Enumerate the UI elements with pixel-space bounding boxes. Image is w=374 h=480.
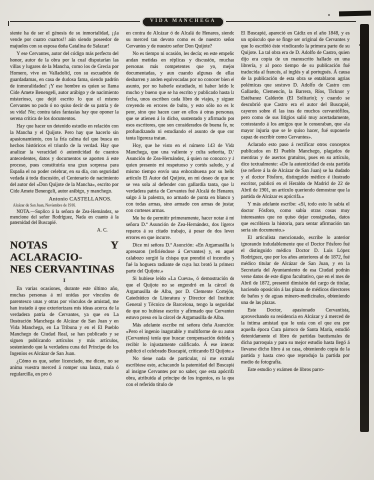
paragraph: Este Doctor, apasionado Cervantista, apr… (241, 307, 350, 366)
scanned-magazine-page: VIDA MANCHEGA siente ha de ser el génesi… (0, 0, 374, 480)
paragraph: El Buscapié, apareció en Cádiz en el año… (241, 30, 350, 141)
masthead-rule-right (226, 21, 356, 22)
left-column: siente ha de ser el génesis de su inmort… (10, 30, 119, 476)
article-columns: siente ha de ser el génesis de su inmort… (10, 30, 350, 476)
author-initials: A. C. (10, 227, 119, 234)
article-heading-line2: NES CERVANTINAS (10, 263, 119, 275)
dateline: Alcázar de San Juan, Noviembre de 1916. (10, 203, 119, 208)
middle-column: en contra de Alcázar ó de Alcalá de Hena… (126, 30, 235, 476)
scan-right-edge-bar (360, 24, 369, 432)
paragraph: Hoy, que he visto en el número 143 de Vi… (126, 143, 235, 215)
masthead-title: VIDA MANCHEGA (142, 17, 224, 27)
article-heading: NOTAS Y ACLARACIO- NES CERVANTINAS (10, 239, 119, 275)
masthead: VIDA MANCHEGA (8, 17, 356, 27)
section-number-i: I (10, 278, 119, 285)
paragraph: Dice mi señora D.ª Asunción: «En Argamas… (126, 242, 235, 275)
paragraph: Y ese Cervantes, autor del código más pe… (10, 51, 119, 123)
right-column: El Buscapié, apareció en Cádiz en el año… (241, 30, 350, 476)
paragraph: Si hubiese leído «La Cueva», ó demostrac… (126, 276, 235, 322)
paragraph: Hay que hacer un detenido estudio en rel… (10, 123, 119, 195)
paragraph: ¿Cómo es que, señor licenciado, me dicen… (10, 358, 119, 378)
paragraph: El articulista mencionado, escribe lo an… (241, 235, 350, 307)
paragraph: Me he de permitir primeramente, hacer no… (126, 215, 235, 241)
paragraph: Aclarado esto paso á rectificar otros co… (241, 142, 350, 201)
scan-speck (328, 14, 330, 16)
paragraph: Más adelante escribe mi señora doña Asun… (126, 322, 235, 355)
paragraph: siente ha de ser el génesis de su inmort… (10, 30, 119, 50)
paragraph: Este estudio y exámen de libros parro- (241, 367, 350, 374)
author-signature: Antonio CASTELLANOS. (10, 196, 119, 203)
paragraph: No tiene nada de particular, ni me extra… (126, 356, 235, 389)
scan-corner-mark (339, 11, 371, 16)
paragraph: No es tiempo ni ocasión, les decía; en e… (126, 51, 235, 142)
paragraph: Y más adelante escribe: «Sí, todo esto l… (241, 201, 350, 234)
article-heading-line1: NOTAS Y ACLARACIO- (10, 239, 119, 263)
editor-note: NOTA.—Suplico á la señora de Zea-Hernánd… (10, 210, 119, 227)
paragraph: en contra de Alcázar ó de Alcalá de Hena… (126, 30, 235, 50)
masthead-rule-left (10, 21, 140, 22)
paragraph: En varias ocasiones, durante este último… (10, 286, 119, 358)
